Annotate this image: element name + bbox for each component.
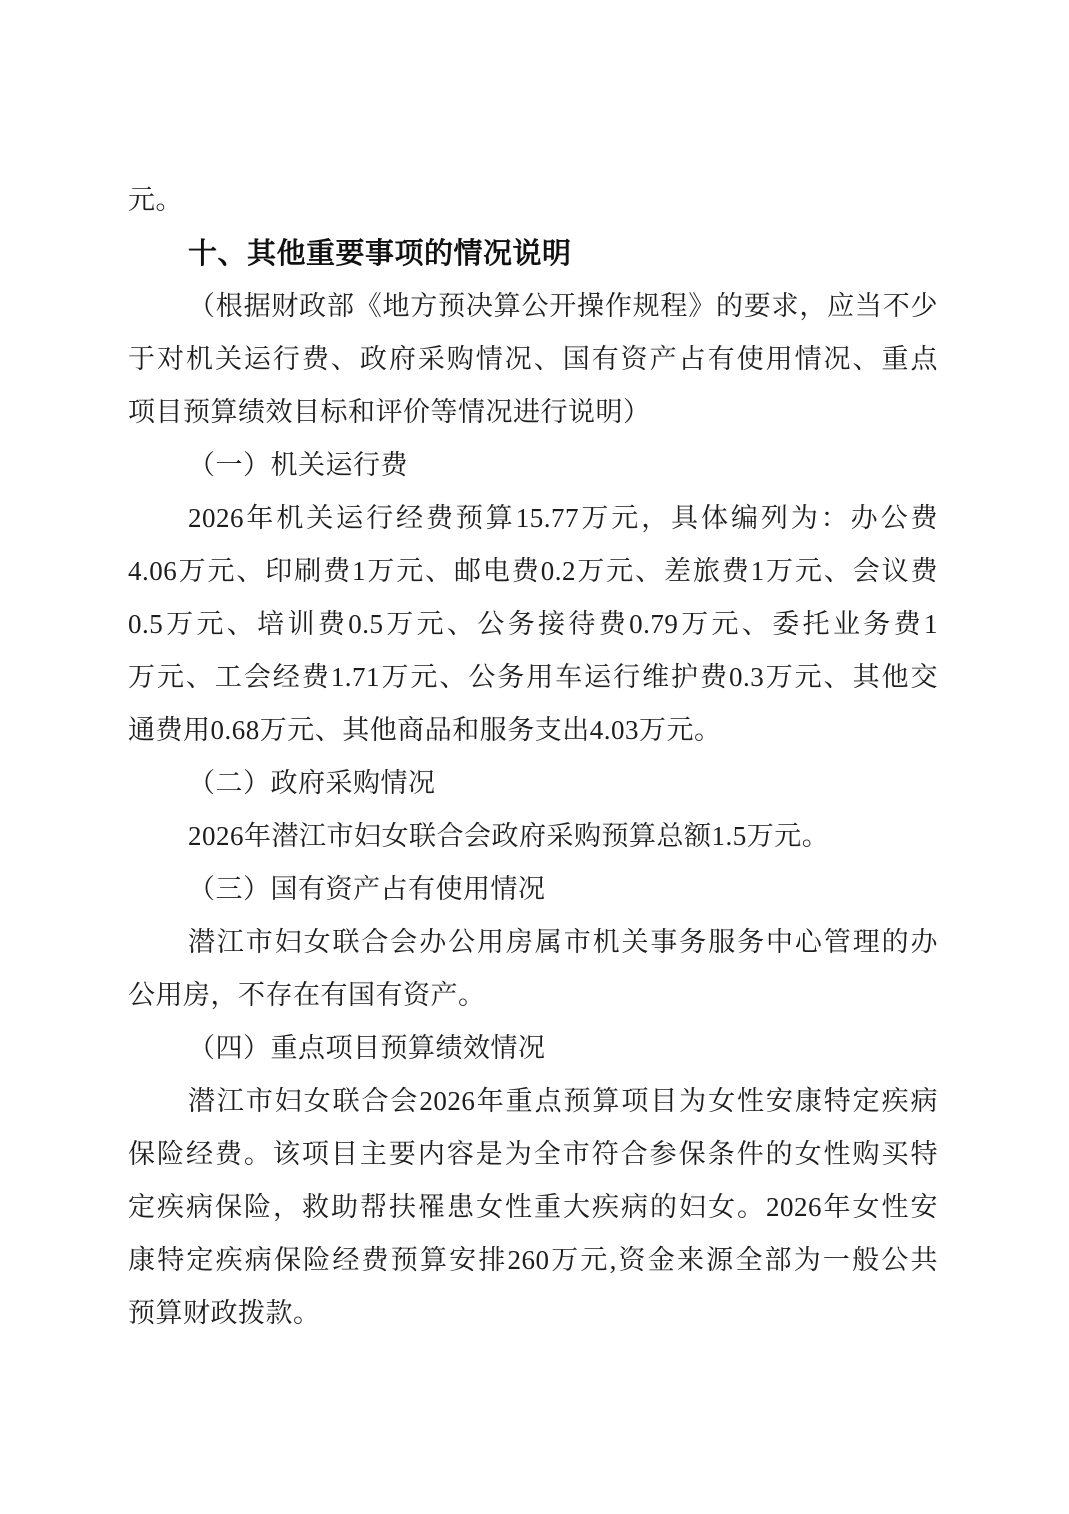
paragraph-continuation-line: 元。	[128, 174, 938, 227]
subsection-1-body-line: 2026年机关运行经费预算15.77万元，具体编列为：办公费	[128, 492, 938, 545]
subsection-4-body-line: 定疾病保险，救助帮扶罹患女性重大疾病的妇女。2026年女性安	[128, 1181, 938, 1234]
subsection-4-body-line: 潜江市妇女联合会2026年重点预算项目为女性安康特定疾病	[128, 1075, 938, 1128]
intro-note-line: （根据财政部《地方预决算公开操作规程》的要求，应当不少	[128, 280, 938, 333]
text-block: 元。 十、其他重要事项的情况说明 （根据财政部《地方预决算公开操作规程》的要求，…	[128, 174, 938, 1340]
subsection-3-body-line: 公用房，不存在有国有资产。	[128, 969, 938, 1022]
subsection-1-body-line: 0.5万元、培训费0.5万元、公务接待费0.79万元、委托业务费1	[128, 598, 938, 651]
subsection-heading-1: （一）机关运行费	[128, 439, 938, 492]
section-title: 十、其他重要事项的情况说明	[128, 227, 938, 280]
subsection-3-body-line: 潜江市妇女联合会办公用房属市机关事务服务中心管理的办	[128, 916, 938, 969]
subsection-4-body-line: 保险经费。该项目主要内容是为全市符合参保条件的女性购买特	[128, 1128, 938, 1181]
intro-note-line: 于对机关运行费、政府采购情况、国有资产占有使用情况、重点	[128, 333, 938, 386]
subsection-1-body-line: 通费用0.68万元、其他商品和服务支出4.03万元。	[128, 704, 938, 757]
document-page: 元。 十、其他重要事项的情况说明 （根据财政部《地方预决算公开操作规程》的要求，…	[0, 0, 1069, 1514]
subsection-heading-4: （四）重点项目预算绩效情况	[128, 1022, 938, 1075]
subsection-4-body-line: 康特定疾病保险经费预算安排260万元,资金来源全部为一般公共	[128, 1234, 938, 1287]
subsection-heading-2: （二）政府采购情况	[128, 757, 938, 810]
subsection-1-body-line: 4.06万元、印刷费1万元、邮电费0.2万元、差旅费1万元、会议费	[128, 545, 938, 598]
subsection-heading-3: （三）国有资产占有使用情况	[128, 863, 938, 916]
subsection-4-body-line: 预算财政拨款。	[128, 1287, 938, 1340]
subsection-1-body-line: 万元、工会经费1.71万元、公务用车运行维护费0.3万元、其他交	[128, 651, 938, 704]
intro-note-line: 项目预算绩效目标和评价等情况进行说明）	[128, 386, 938, 439]
subsection-2-body-line: 2026年潜江市妇女联合会政府采购预算总额1.5万元。	[128, 810, 938, 863]
